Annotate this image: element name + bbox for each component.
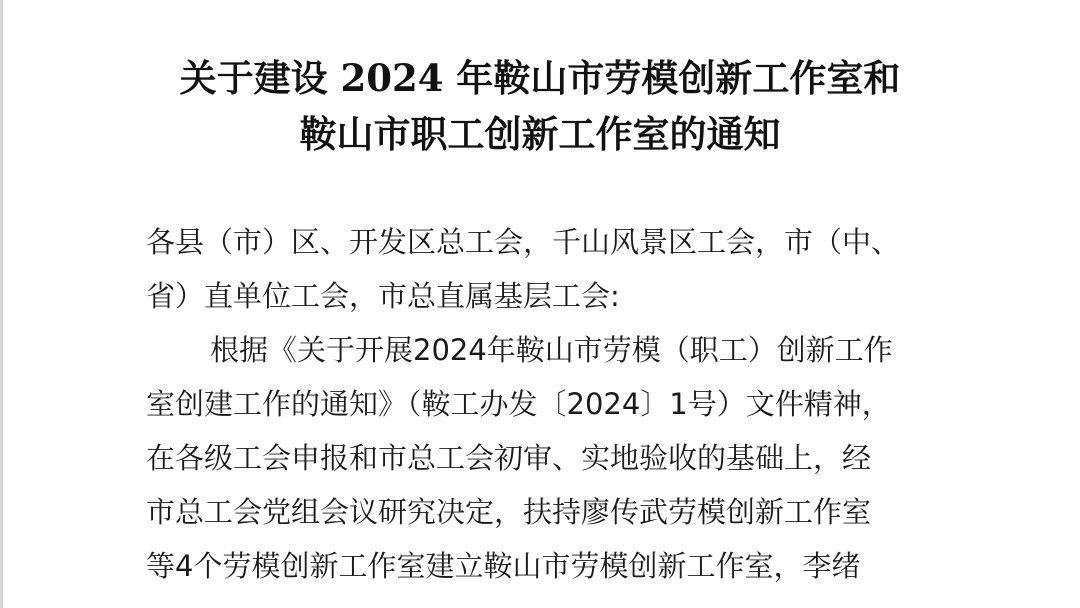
document-body: 各县（市）区、开发区总工会，千山风景区工会，市（中、 省）直单位工会，市总直属基… [146,215,946,593]
title-line-1: 关于建设 2024 年鞍山市劳模创新工作室和 [0,50,1080,106]
paragraph-line-4: 市总工会党组会议研究决定，扶持廖传武劳模创新工作室 [146,485,946,539]
document-page: 关于建设 2024 年鞍山市劳模创新工作室和 鞍山市职工创新工作室的通知 各县（… [0,0,1080,608]
salutation-line-2: 省）直单位工会，市总直属基层工会: [146,269,946,323]
paragraph-line-3: 在各级工会申报和市总工会初审、实地验收的基础上，经 [146,431,946,485]
paragraph-line-1: 根据《关于开展2024年鞍山市劳模（职工）创新工作 [146,323,946,377]
paragraph-line-2: 室创建工作的通知》（鞍工办发〔2024〕1号）文件精神， [146,377,946,431]
paragraph-line-5: 等4个劳模创新工作室建立鞍山市劳模创新工作室，李绪 [146,539,946,593]
title-line-2: 鞍山市职工创新工作室的通知 [0,106,1080,162]
document-title: 关于建设 2024 年鞍山市劳模创新工作室和 鞍山市职工创新工作室的通知 [0,50,1080,162]
salutation-line-1: 各县（市）区、开发区总工会，千山风景区工会，市（中、 [146,215,946,269]
